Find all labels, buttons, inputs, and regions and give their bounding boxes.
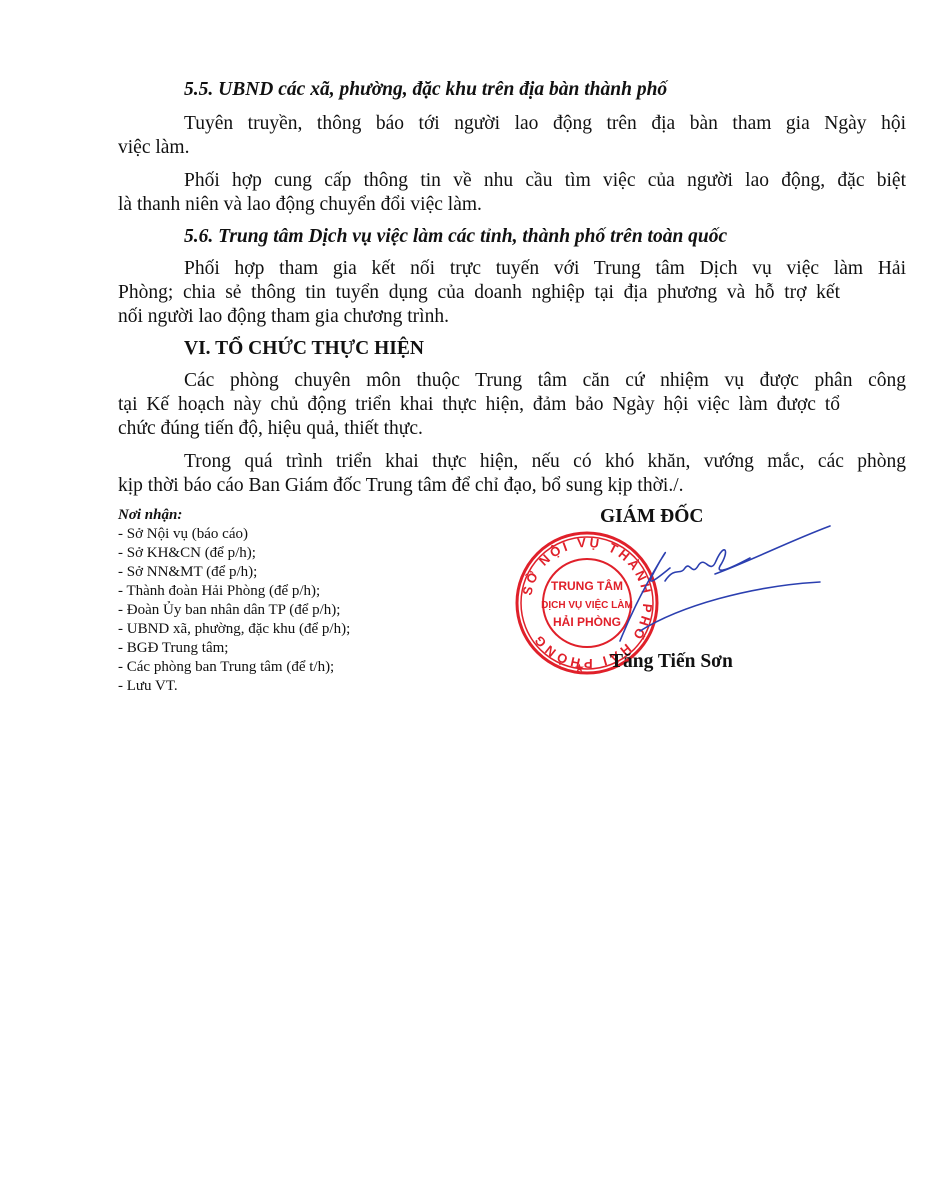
recipient-item: - Sở NN&MT (để p/h);	[118, 563, 350, 582]
recipients-block: Nơi nhận: - Sở Nội vụ (báo cáo) - Sở KH&…	[118, 506, 350, 696]
signer-name: Tăng Tiến Sơn	[610, 651, 733, 673]
recipient-item: - Lưu VT.	[118, 677, 350, 696]
recipient-item: - Đoàn Ủy ban nhân dân TP (để p/h);	[118, 601, 350, 620]
section-6-para1-line2: tại Kế hoạch này chủ động triển khai thự…	[118, 393, 840, 417]
section-6-heading: VI. TỔ CHỨC THỰC HIỆN	[118, 337, 906, 361]
section-5-6-line1: Phối hợp tham gia kết nối trực tuyến với…	[118, 257, 906, 281]
section-5-5-para2-line1: Phối hợp cung cấp thông tin về nhu cầu t…	[118, 169, 906, 193]
recipient-item: - Sở Nội vụ (báo cáo)	[118, 525, 350, 544]
recipient-item: - BGĐ Trung tâm;	[118, 639, 350, 658]
recipient-item: - Sở KH&CN (để p/h);	[118, 544, 350, 563]
section-6-para2-line1: Trong quá trình triển khai thực hiện, nế…	[118, 450, 906, 474]
document-page: 5.5. UBND các xã, phường, đặc khu trên đ…	[0, 0, 927, 1200]
section-6-para1-line3: chức đúng tiến độ, hiệu quả, thiết thực.	[118, 417, 840, 441]
section-5-5-para1-line2: việc làm.	[118, 136, 840, 160]
section-5-5-heading: 5.5. UBND các xã, phường, đặc khu trên đ…	[118, 78, 906, 102]
handwritten-signature-icon	[520, 506, 840, 656]
recipient-item: - Các phòng ban Trung tâm (để t/h);	[118, 658, 350, 677]
section-6-para1-line1: Các phòng chuyên môn thuộc Trung tâm căn…	[118, 369, 906, 393]
section-5-6-line2: Phòng; chia sẻ thông tin tuyển dụng của …	[118, 281, 840, 305]
recipient-item: - UBND xã, phường, đặc khu (để p/h);	[118, 620, 350, 639]
section-5-5-para2-line2: là thanh niên và lao động chuyển đổi việ…	[118, 193, 840, 217]
recipient-item: - Thành đoàn Hải Phòng (để p/h);	[118, 582, 350, 601]
stamp-star-icon: ★	[574, 661, 585, 675]
section-5-6-heading: 5.6. Trung tâm Dịch vụ việc làm các tỉnh…	[118, 225, 906, 249]
section-6-para2-line2: kịp thời báo cáo Ban Giám đốc Trung tâm …	[118, 474, 840, 498]
recipients-title: Nơi nhận:	[118, 506, 350, 525]
section-5-5-para1-line1: Tuyên truyền, thông báo tới người lao độ…	[118, 112, 906, 136]
section-5-6-line3: nối người lao động tham gia chương trình…	[118, 305, 840, 329]
